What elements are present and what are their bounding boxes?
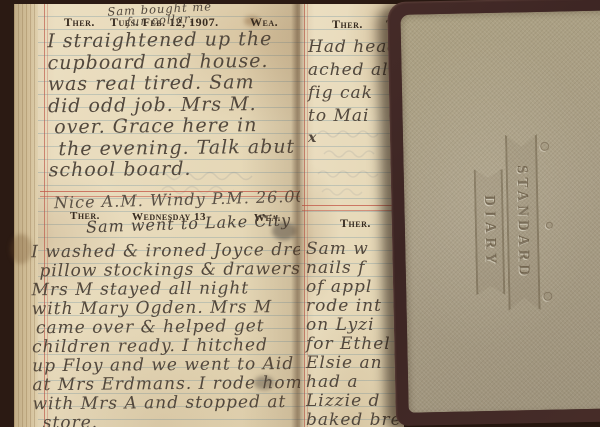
emblem-ornament-dot	[540, 142, 549, 151]
handwriting-line: rode int	[306, 297, 402, 316]
handwriting-line: Sam w	[306, 240, 402, 259]
handwriting-line: school board.	[49, 158, 296, 182]
handwriting-line: store.	[43, 412, 325, 427]
ink-bleed-through	[314, 124, 399, 204]
handwriting-line: was real tired. Sam	[48, 72, 295, 96]
diary-cover-flap: STANDARD DIARY	[387, 0, 600, 426]
handwriting-overline: Sam went to Lake City	[86, 210, 292, 236]
emblem-ribbons: STANDARD DIARY	[459, 134, 541, 318]
handwritten-entry-fri: Sam w nails f of appl rode int on Lyzi f…	[306, 240, 402, 427]
handwriting-line: had a	[306, 373, 402, 392]
handwritten-entry-thu: Had head ached all fig cak to Mai	[308, 36, 399, 128]
handwriting-line: Had head	[308, 36, 399, 59]
left-diary-page: Ther. Tues. Feb. 12, 1907. Wea. I straig…	[14, 4, 306, 427]
x-mark: x	[308, 130, 317, 146]
entry-divider-line	[302, 205, 404, 211]
handwriting-line: nails f	[306, 259, 402, 278]
handwriting-line: to Mai	[308, 105, 399, 128]
handwriting-line: of appl	[306, 278, 402, 297]
margin-line	[304, 4, 305, 427]
emblem-word-standard: STANDARD	[505, 134, 541, 311]
handwriting-line: on Lyzi	[306, 316, 402, 335]
handwriting-line: ached all	[308, 59, 399, 82]
ther-label: Ther.	[332, 17, 363, 32]
handwriting-line: did odd job. Mrs M.	[48, 93, 295, 117]
handwriting-line: Elsie an	[306, 354, 402, 373]
cover-canvas: STANDARD DIARY	[400, 11, 600, 413]
emblem-ornament-dot	[543, 292, 552, 301]
ther-label: Ther.	[340, 216, 371, 231]
handwriting-line: cupboard and house.	[47, 50, 294, 74]
handwriting-line: for Ethel	[306, 335, 402, 354]
emblem-ornament-dot	[546, 222, 553, 229]
handwriting-line: Lizzie d	[306, 392, 402, 411]
handwritten-entry-feb12: I straightened up the cupboard and house…	[47, 29, 295, 182]
handwriting-line: baked bre	[306, 411, 402, 427]
handwriting-line: the evening. Talk abut	[58, 136, 295, 160]
handwritten-entry-feb13: I washed & ironed Joyce dress pillow sto…	[31, 241, 324, 427]
handwriting-line: with Mrs A and stopped at	[33, 393, 325, 415]
handwriting-line: fig cak	[308, 82, 399, 105]
emblem-word-diary: DIARY	[474, 169, 506, 296]
standard-diary-emblem: STANDARD DIARY	[459, 134, 541, 318]
